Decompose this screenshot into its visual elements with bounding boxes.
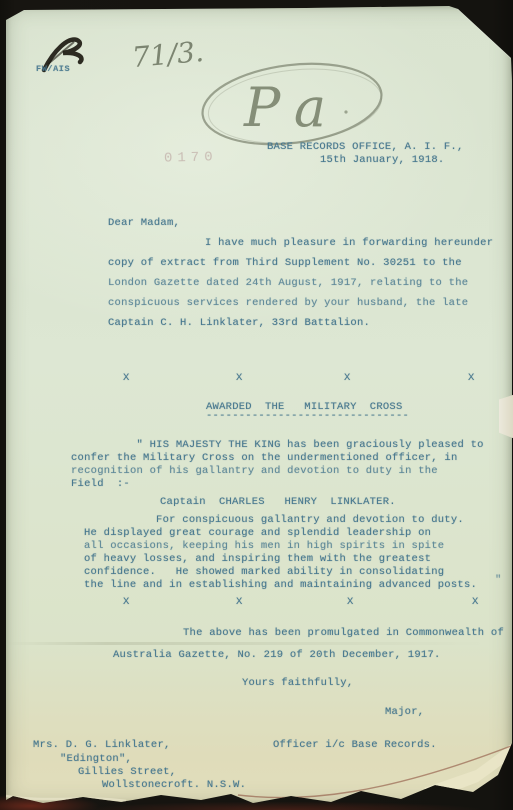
promulgation-line: Australia Gazette, No. 219 of 20th Decem… xyxy=(113,650,441,661)
citation-intro-line: " HIS MAJESTY THE KING has been gracious… xyxy=(71,440,484,451)
citation-intro-line: Field :- xyxy=(71,479,130,490)
citation-line: He displayed great courage and splendid … xyxy=(84,528,431,539)
recipient-address-line: "Edington", xyxy=(60,754,132,765)
faint-stamp: 0170 xyxy=(164,149,218,166)
separator-mark: X xyxy=(347,597,354,608)
reference-code: FW/AIS xyxy=(36,64,70,75)
promulgation-line: The above has been promulgated in Common… xyxy=(183,628,504,639)
letter-paper: FW/AIS 71/3. Pa 0170 BASE RECORDS OFFICE… xyxy=(6,6,512,804)
citation-line: all occasions, keeping his men in high s… xyxy=(84,541,444,552)
citation-line: For conspicuous gallantry and devotion t… xyxy=(84,515,464,526)
typed-line: London Gazette dated 24th August, 1917, … xyxy=(108,278,468,289)
signature-rank: Major, xyxy=(385,707,424,718)
typed-line: I have much pleasure in forwarding hereu… xyxy=(205,238,493,249)
signature-title: Officer i/c Base Records. xyxy=(273,740,437,751)
officer-name: Captain CHARLES HENRY LINKLATER. xyxy=(160,497,396,508)
office-line: BASE RECORDS OFFICE, A. I. F., xyxy=(267,142,464,153)
typed-line: copy of extract from Third Supplement No… xyxy=(108,258,462,269)
citation-line: the line and in establishing and maintai… xyxy=(84,580,477,591)
citation-line: confidence. He showed marked ability in … xyxy=(84,567,444,578)
recipient-address-line: Wollstonecroft. N.S.W. xyxy=(102,780,246,791)
recipient-address-line: Mrs. D. G. Linklater, xyxy=(33,740,171,751)
citation-intro-line: recognition of his gallantry and devotio… xyxy=(71,466,438,477)
date-line: 15th January, 1918. xyxy=(320,155,444,166)
citation-intro-line: confer the Military Cross on the underme… xyxy=(71,453,458,464)
award-heading-underline: ------------------------------- xyxy=(206,411,409,422)
separator-mark: X xyxy=(123,597,130,608)
salutation: Dear Madam, xyxy=(108,218,180,229)
fold-crease xyxy=(6,642,512,645)
right-edge-notch xyxy=(499,394,513,440)
separator-mark: X xyxy=(472,597,479,608)
separator-mark: X xyxy=(468,373,475,384)
citation-line: of heavy losses, and inspiring them with… xyxy=(84,554,431,565)
valediction: Yours faithfully, xyxy=(242,678,353,689)
recipient-address-line: Gillies Street, xyxy=(78,767,176,778)
closing-quote-mark: " xyxy=(495,575,502,586)
scanned-letter: FW/AIS 71/3. Pa 0170 BASE RECORDS OFFICE… xyxy=(0,0,513,810)
typed-line: conspicuous services rendered by your hu… xyxy=(108,298,468,309)
separator-mark: X xyxy=(236,373,243,384)
typed-line: Captain C. H. Linklater, 33rd Battalion. xyxy=(108,318,370,329)
separator-mark: X xyxy=(236,597,243,608)
separator-mark: X xyxy=(123,373,130,384)
separator-mark: X xyxy=(344,373,351,384)
circled-initials: Pa xyxy=(243,76,342,139)
